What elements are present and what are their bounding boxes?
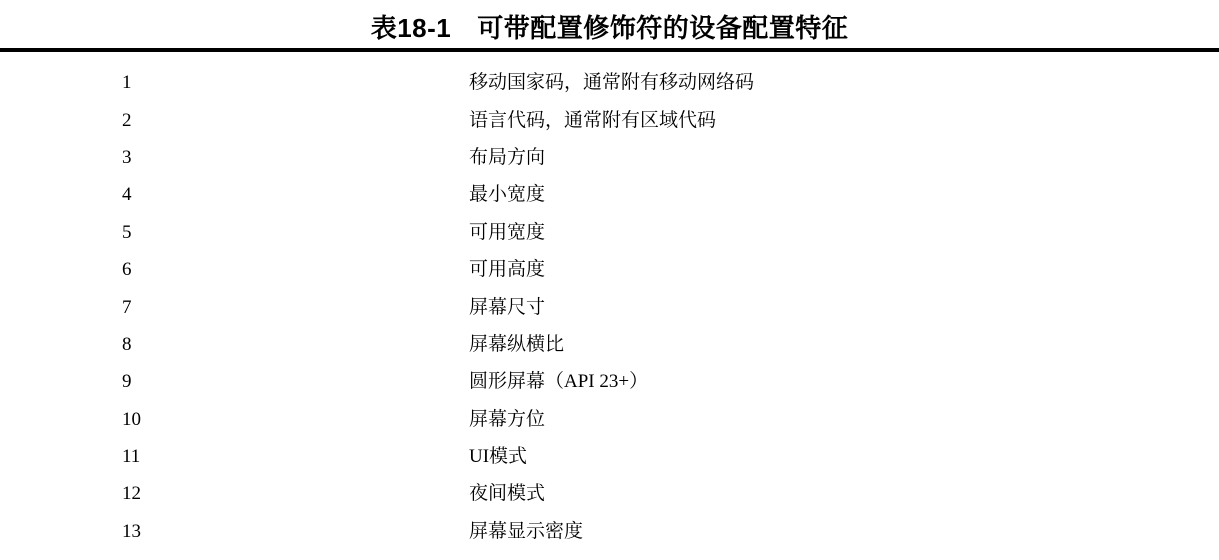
table-caption: 表18-1可带配置修饰符的设备配置特征: [0, 12, 1219, 45]
row-number: 3: [0, 148, 469, 167]
row-number: 5: [0, 223, 469, 242]
row-description: 夜间模式: [469, 484, 1219, 503]
table-caption-title: 可带配置修饰符的设备配置特征: [477, 13, 848, 43]
row-description: 语言代码，通常附有区域代码: [469, 111, 1219, 130]
row-description: 可用高度: [469, 260, 1219, 279]
row-number: 11: [0, 447, 469, 466]
table-row: 11 UI模式: [0, 438, 1219, 475]
row-number: 4: [0, 185, 469, 204]
table-row: 10 屏幕方位: [0, 401, 1219, 438]
row-number: 12: [0, 484, 469, 503]
row-number: 10: [0, 410, 469, 429]
table-top-rule: [0, 48, 1219, 52]
row-number: 1: [0, 73, 469, 92]
table-body: 1 移动国家码，通常附有移动网络码 2 语言代码，通常附有区域代码 3 布局方向…: [0, 64, 1219, 550]
row-description: UI模式: [469, 447, 1219, 466]
row-description: 最小宽度: [469, 185, 1219, 204]
row-description: 屏幕纵横比: [469, 335, 1219, 354]
table-row: 1 移动国家码，通常附有移动网络码: [0, 64, 1219, 101]
table-row: 3 布局方向: [0, 139, 1219, 176]
row-description: 可用宽度: [469, 223, 1219, 242]
table-row: 12 夜间模式: [0, 475, 1219, 512]
table-caption-label: 表18-1: [371, 13, 452, 43]
table-row: 8 屏幕纵横比: [0, 326, 1219, 363]
table-row: 13 屏幕显示密度: [0, 513, 1219, 550]
table-row: 4 最小宽度: [0, 176, 1219, 213]
row-number: 8: [0, 335, 469, 354]
row-number: 13: [0, 522, 469, 541]
table-row: 9 圆形屏幕（API 23+）: [0, 363, 1219, 400]
row-number: 7: [0, 298, 469, 317]
row-description: 屏幕方位: [469, 410, 1219, 429]
table-row: 7 屏幕尺寸: [0, 288, 1219, 325]
row-description: 布局方向: [469, 148, 1219, 167]
row-number: 6: [0, 260, 469, 279]
row-description: 移动国家码，通常附有移动网络码: [469, 73, 1219, 92]
document-page: 表18-1可带配置修饰符的设备配置特征 1 移动国家码，通常附有移动网络码 2 …: [0, 0, 1219, 560]
table-row: 2 语言代码，通常附有区域代码: [0, 101, 1219, 138]
row-number: 2: [0, 111, 469, 130]
table-row: 6 可用高度: [0, 251, 1219, 288]
row-description: 屏幕显示密度: [469, 522, 1219, 541]
row-number: 9: [0, 372, 469, 391]
table-row: 5 可用宽度: [0, 214, 1219, 251]
row-description: 圆形屏幕（API 23+）: [469, 372, 1219, 391]
row-description: 屏幕尺寸: [469, 298, 1219, 317]
